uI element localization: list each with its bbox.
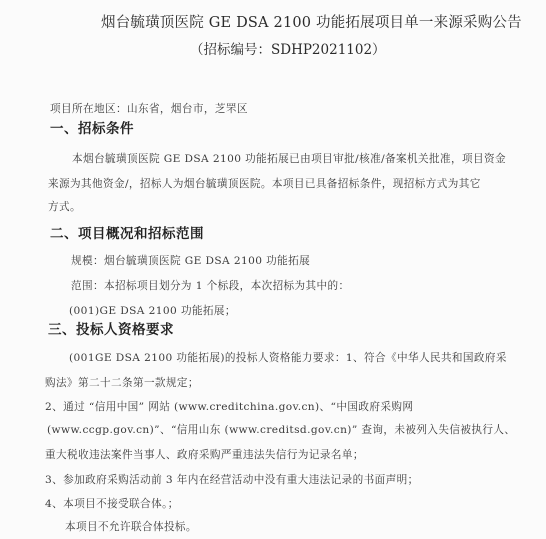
section2-scale: 规模：烟台毓璜顶医院 GE DSA 2100 功能拓展 bbox=[71, 256, 310, 267]
section-heading-tender-conditions: 一、招标条件 bbox=[50, 123, 134, 137]
section3-line-3: 2、通过 “信用中国” 网站 (www.creditchina.gov.cn)、… bbox=[45, 402, 413, 413]
section3-line-2: 购法》第二十二条第一款规定； bbox=[45, 378, 199, 389]
section2-scope: 范围：本招标项目划分为 1 个标段，本次招标为其中的： bbox=[71, 281, 350, 292]
section3-line-5: 重大税收违法案件当事人、政府采购严重违法失信行为记录名单； bbox=[45, 450, 364, 461]
section3-line-8: 本项目不允许联合体投标。 bbox=[65, 522, 197, 533]
section1-line-1: 本烟台毓璜顶医院 GE DSA 2100 功能拓展已由项目审批/核准/备案机关批… bbox=[72, 154, 506, 165]
section2-lot: (001)GE DSA 2100 功能拓展； bbox=[69, 306, 236, 317]
section3-line-6: 3、参加政府采购活动前 3 年内在经营活动中没有重大违法记录的书面声明； bbox=[45, 475, 419, 486]
section-heading-project-overview: 二、项目概况和招标范围 bbox=[50, 228, 204, 242]
document-title: 烟台毓璜顶医院 GE DSA 2100 功能拓展项目单一来源采购公告 bbox=[101, 16, 522, 31]
section3-line-1: (001GE DSA 2100 功能拓展)的投标人资格能力要求：1、符合《中华人… bbox=[69, 353, 507, 364]
tender-number: （招标编号：SDHP2021102） bbox=[190, 44, 386, 58]
section3-line-4: (www.ccgp.gov.cn)”、“信用山东 (www.creditsd.g… bbox=[47, 425, 515, 436]
project-region: 项目所在地区：山东省，烟台市，芝罘区 bbox=[50, 104, 248, 115]
section1-line-3: 方式。 bbox=[48, 202, 81, 213]
document-page: 烟台毓璜顶医院 GE DSA 2100 功能拓展项目单一来源采购公告 （招标编号… bbox=[0, 0, 546, 539]
section3-line-7: 4、本项目不接受联合体。； bbox=[45, 499, 179, 510]
section-heading-bidder-qualifications: 三、投标人资格要求 bbox=[48, 324, 174, 338]
section1-line-2: 来源为其他资金/，招标人为烟台毓璜顶医院。本项目已具备招标条件，现招标方式为其它 bbox=[48, 179, 481, 190]
